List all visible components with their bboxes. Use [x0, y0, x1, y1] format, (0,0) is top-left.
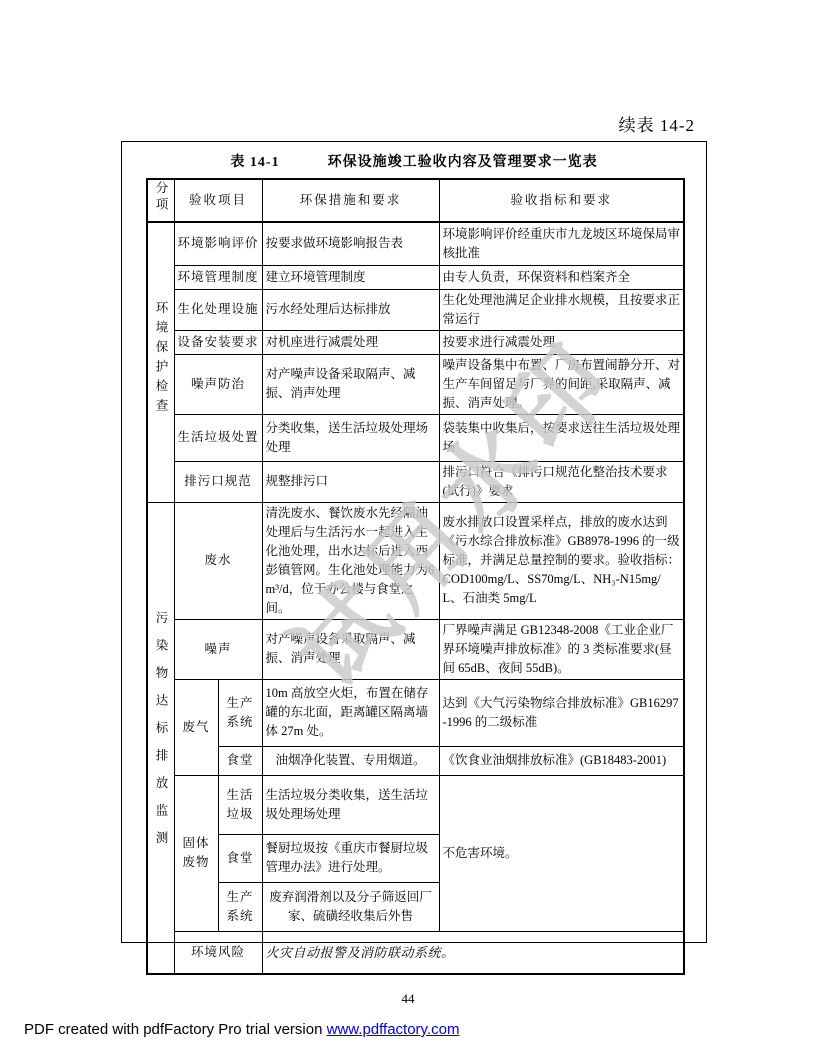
header-row: 分项 验收项目 环保措施和要求 验收指标和要求 [147, 179, 684, 222]
indicator-cell: 达到《大气污染物综合排放标准》GB16297-1996 的二级标准 [439, 679, 684, 746]
section2-label: 污染物达标排放监测 [155, 611, 168, 859]
indicator-cell: 《饮食业油烟排放标准》(GB18483-2001) [439, 746, 684, 775]
measure-cell: 污水经处理后达标排放 [262, 289, 439, 330]
table-row: 固体废物 生活垃圾 生活垃圾分类收集，送生活垃圾处理场处理 不危害环境。 [147, 775, 684, 834]
pdf-footer-text: PDF created with pdfFactory Pro trial ve… [24, 1021, 327, 1038]
measure-cell: 油烟净化装置、专用烟道。 [262, 746, 439, 775]
header-indicator: 验收指标和要求 [439, 179, 684, 222]
page-number: 44 [0, 991, 816, 1007]
measure-cell: 餐厨垃圾按《重庆市餐厨垃圾管理办法》进行处理。 [262, 834, 439, 882]
indicator-cell: 袋装集中收集后，按要求送往生活垃圾处理场 [439, 414, 684, 461]
section1-label-cell: 环境保护检查 [147, 222, 174, 502]
table-row: 污染物达标排放监测 废水 清洗废水、餐饮废水先经隔油处理后与生活污水一起进入生化… [147, 502, 684, 619]
measure-cell: 对机座进行减震处理 [262, 330, 439, 354]
table-row: 环境风险 火灾自动报警及消防联动系统。 [147, 931, 684, 974]
sub-item-cell: 生产系统 [218, 882, 262, 931]
measure-cell: 10m 高放空火炬，布置在储存罐的东北面，距离罐区隔离墙体 27m 处。 [262, 679, 439, 746]
measure-cell: 清洗废水、餐饮废水先经隔油处理后与生活污水一起进入生化池处理，出水达标后进入西彭… [262, 502, 439, 619]
item-cell: 环境风险 [174, 931, 262, 974]
pdf-footer: PDF created with pdfFactory Pro trial ve… [24, 1021, 459, 1038]
item-cell: 环境影响评价 [174, 222, 262, 265]
measure-cell: 废弃润滑剂以及分子筛返回厂家、硫磺经收集后外售 [262, 882, 439, 931]
measure-cell: 建立环境管理制度 [262, 265, 439, 289]
item-cell: 噪声 [174, 619, 262, 679]
indicator-cell: 废水排放口设置采样点，排放的废水达到《污水综合排放标准》GB8978-1996 … [439, 502, 684, 619]
pdf-footer-link[interactable]: www.pdffactory.com [327, 1021, 460, 1038]
indicator-cell: 按要求进行减震处理 [439, 330, 684, 354]
indicator-cell: 排污口符合《排污口规范化整治技术要求(试行)》要求 [439, 461, 684, 502]
table-row: 废气 生产系统 10m 高放空火炬，布置在储存罐的东北面，距离罐区隔离墙体 27… [147, 679, 684, 746]
indicator-cell: 噪声设备集中布置、厂房布置闹静分开、对生产车间留足与厂界的间距,采取隔声、减振、… [439, 354, 684, 414]
table-row: 噪声防治 对产噪声设备采取隔声、减振、消声处理 噪声设备集中布置、厂房布置闹静分… [147, 354, 684, 414]
table-row: 排污口规范 规整排污口 排污口符合《排污口规范化整治技术要求(试行)》要求 [147, 461, 684, 502]
item-cell-solid-waste: 固体废物 [174, 775, 218, 931]
header-item: 验收项目 [174, 179, 262, 222]
measure-cell: 对产噪声设备采取隔声、减振、消声处理 [262, 354, 439, 414]
measure-cell: 规整排污口 [262, 461, 439, 502]
acceptance-table: 分项 验收项目 环保措施和要求 验收指标和要求 环境保护检查 环境影响评价 按要… [146, 178, 685, 975]
item-cell: 设备安装要求 [174, 330, 262, 354]
table-row: 生化处理设施 污水经处理后达标排放 生化处理池满足企业排水规模，且按要求正常运行 [147, 289, 684, 330]
measure-cell: 对产噪声设备采取隔声、减振、消声处理 [262, 619, 439, 679]
continuation-label: 续表 14-2 [619, 111, 695, 136]
document-page: 续表 14-2 表 14-1 环保设施竣工验收内容及管理要求一览表 分项 验收项… [0, 0, 816, 1056]
measure-cell-risk: 火灾自动报警及消防联动系统。 [262, 931, 684, 974]
header-measure: 环保措施和要求 [262, 179, 439, 222]
item-cell: 环境管理制度 [174, 265, 262, 289]
section1-label: 环境保护检查 [155, 301, 168, 418]
item-cell: 废水 [174, 502, 262, 619]
table-row: 设备安装要求 对机座进行减震处理 按要求进行减震处理 [147, 330, 684, 354]
item-cell-waste-gas: 废气 [174, 679, 218, 775]
table-row: 环境保护检查 环境影响评价 按要求做环境影响报告表 环境影响评价经重庆市九龙坡区… [147, 222, 684, 265]
indicator-cell: 环境影响评价经重庆市九龙坡区环境保局审核批准 [439, 222, 684, 265]
measure-cell: 按要求做环境影响报告表 [262, 222, 439, 265]
sub-item-cell: 生产系统 [218, 679, 262, 746]
table-row: 食堂 油烟净化装置、专用烟道。 《饮食业油烟排放标准》(GB18483-2001… [147, 746, 684, 775]
measure-cell: 分类收集，送生活垃圾处理场处理 [262, 414, 439, 461]
header-group: 分项 [147, 179, 174, 222]
indicator-cell: 厂界噪声满足 GB12348-2008《工业企业厂界环境噪声排放标准》的 3 类… [439, 619, 684, 679]
indicator-cell: 生化处理池满足企业排水规模，且按要求正常运行 [439, 289, 684, 330]
table-row: 环境管理制度 建立环境管理制度 由专人负责，环保资料和档案齐全 [147, 265, 684, 289]
indicator-cell: 由专人负责，环保资料和档案齐全 [439, 265, 684, 289]
sub-item-cell: 食堂 [218, 746, 262, 775]
page-border-box: 表 14-1 环保设施竣工验收内容及管理要求一览表 分项 验收项目 环保措施和要… [121, 141, 707, 943]
item-cell: 排污口规范 [174, 461, 262, 502]
sub-item-cell: 生活垃圾 [218, 775, 262, 834]
table-row: 生活垃圾处置 分类收集，送生活垃圾处理场处理 袋装集中收集后，按要求送往生活垃圾… [147, 414, 684, 461]
table-caption: 表 14-1 环保设施竣工验收内容及管理要求一览表 [122, 151, 706, 171]
item-cell: 生活垃圾处置 [174, 414, 262, 461]
indicator-cell-solid-waste: 不危害环境。 [439, 775, 684, 931]
header-group-label: 分项 [155, 181, 168, 214]
measure-cell: 生活垃圾分类收集，送生活垃圾处理场处理 [262, 775, 439, 834]
item-cell: 生化处理设施 [174, 289, 262, 330]
table-caption-title: 环保设施竣工验收内容及管理要求一览表 [328, 151, 598, 171]
sub-item-cell: 食堂 [218, 834, 262, 882]
section2-label-cell: 污染物达标排放监测 [147, 502, 174, 974]
table-row: 噪声 对产噪声设备采取隔声、减振、消声处理 厂界噪声满足 GB12348-200… [147, 619, 684, 679]
table-caption-number: 表 14-1 [230, 151, 279, 171]
item-cell: 噪声防治 [174, 354, 262, 414]
